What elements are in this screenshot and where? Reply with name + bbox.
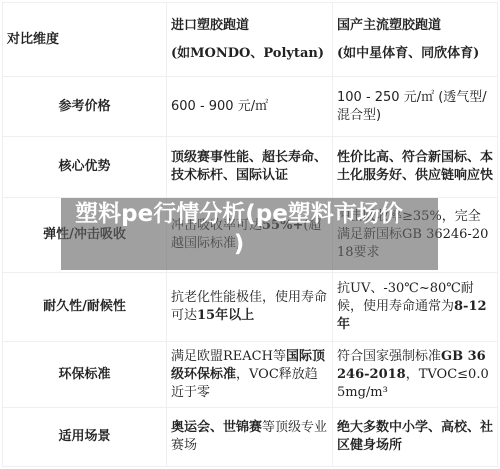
header-domestic: 国产主流塑胶跑道 (如中星体育、同欣体育): [333, 3, 498, 77]
table-row-price: 参考价格 600 - 900 元/㎡ 100 - 250 元/㎡ (透气型/混合…: [3, 77, 498, 137]
table-row-advantages: 核心优势 顶级赛事性能、超长寿命、技术标杆、国际认证 性价比高、符合新国标、本土…: [3, 137, 498, 198]
cell-imported: 满足欧盟REACH等国际顶级环保标准，VOC释放趋近于零: [167, 342, 333, 408]
header-imported-examples: (如MONDO、Polytan): [171, 40, 328, 68]
header-imported-title: 进口塑胶跑道: [171, 12, 328, 40]
cell-dimension: 环保标准: [3, 342, 167, 408]
cell-domestic: 符合国家强制标准GB 36246-2018，TVOC≤0.05mg/m³: [333, 342, 498, 408]
cell-domestic: 性价比高、符合新国标、本土化服务好、供应链响应快: [333, 137, 498, 198]
header-row: 对比维度 进口塑胶跑道 (如MONDO、Polytan) 国产主流塑胶跑道 (如…: [3, 3, 498, 77]
cell-domestic: 抗UV、-30℃~80℃耐候，使用寿命通常为8-12年: [333, 273, 498, 342]
cell-imported: 顶级赛事性能、超长寿命、技术标杆、国际认证: [167, 137, 333, 198]
cell-dimension: 耐久性/耐候性: [3, 273, 167, 342]
header-dimension: 对比维度: [3, 3, 167, 77]
table-row-environment: 环保标准 满足欧盟REACH等国际顶级环保标准，VOC释放趋近于零 符合国家强制…: [3, 342, 498, 408]
overlay-title: 塑料pe行情分析(pe塑料市场价): [72, 199, 406, 259]
header-dimension-label: 对比维度: [7, 32, 59, 47]
table-row-durability: 耐久性/耐候性 抗老化性能极佳，使用寿命可达15年以上 抗UV、-30℃~80℃…: [3, 273, 498, 342]
cell-dimension: 适用场景: [3, 408, 167, 467]
cell-text-highlight: 奥运会、世锦赛: [171, 420, 262, 435]
header-domestic-title: 国产主流塑胶跑道: [337, 12, 493, 40]
cell-imported: 奥运会、世锦赛等顶级专业赛场: [167, 408, 333, 467]
cell-domestic: 100 - 250 元/㎡ (透气型/混合型): [333, 77, 498, 137]
title-overlay: 塑料pe行情分析(pe塑料市场价): [61, 198, 438, 270]
table-row-scenarios: 适用场景 奥运会、世锦赛等顶级专业赛场 绝大多数中小学、高校、社区健身场所: [3, 408, 498, 467]
cell-text: 符合国家强制标准: [337, 349, 441, 364]
cell-text: 100 - 250 元/㎡ (透气型/混合型): [337, 90, 487, 123]
cell-text: 600 - 900 元/㎡: [171, 99, 268, 114]
header-domestic-examples: (如中星体育、同欣体育): [337, 40, 493, 68]
cell-text: 性价比高、符合新国标、本土化服务好、供应链响应快: [337, 150, 493, 183]
cell-imported: 抗老化性能极佳，使用寿命可达15年以上: [167, 273, 333, 342]
cell-text-highlight: 15年以上: [197, 308, 254, 323]
cell-text: 顶级赛事性能、超长寿命、技术标杆、国际认证: [171, 150, 327, 183]
header-imported: 进口塑胶跑道 (如MONDO、Polytan): [167, 3, 333, 77]
cell-imported: 600 - 900 元/㎡: [167, 77, 333, 137]
cell-text: 满足欧盟REACH等: [171, 349, 286, 364]
cell-text: 绝大多数中小学、高校、社区健身场所: [337, 420, 493, 453]
cell-dimension: 核心优势: [3, 137, 167, 198]
cell-dimension: 参考价格: [3, 77, 167, 137]
cell-domestic: 绝大多数中小学、高校、社区健身场所: [333, 408, 498, 467]
